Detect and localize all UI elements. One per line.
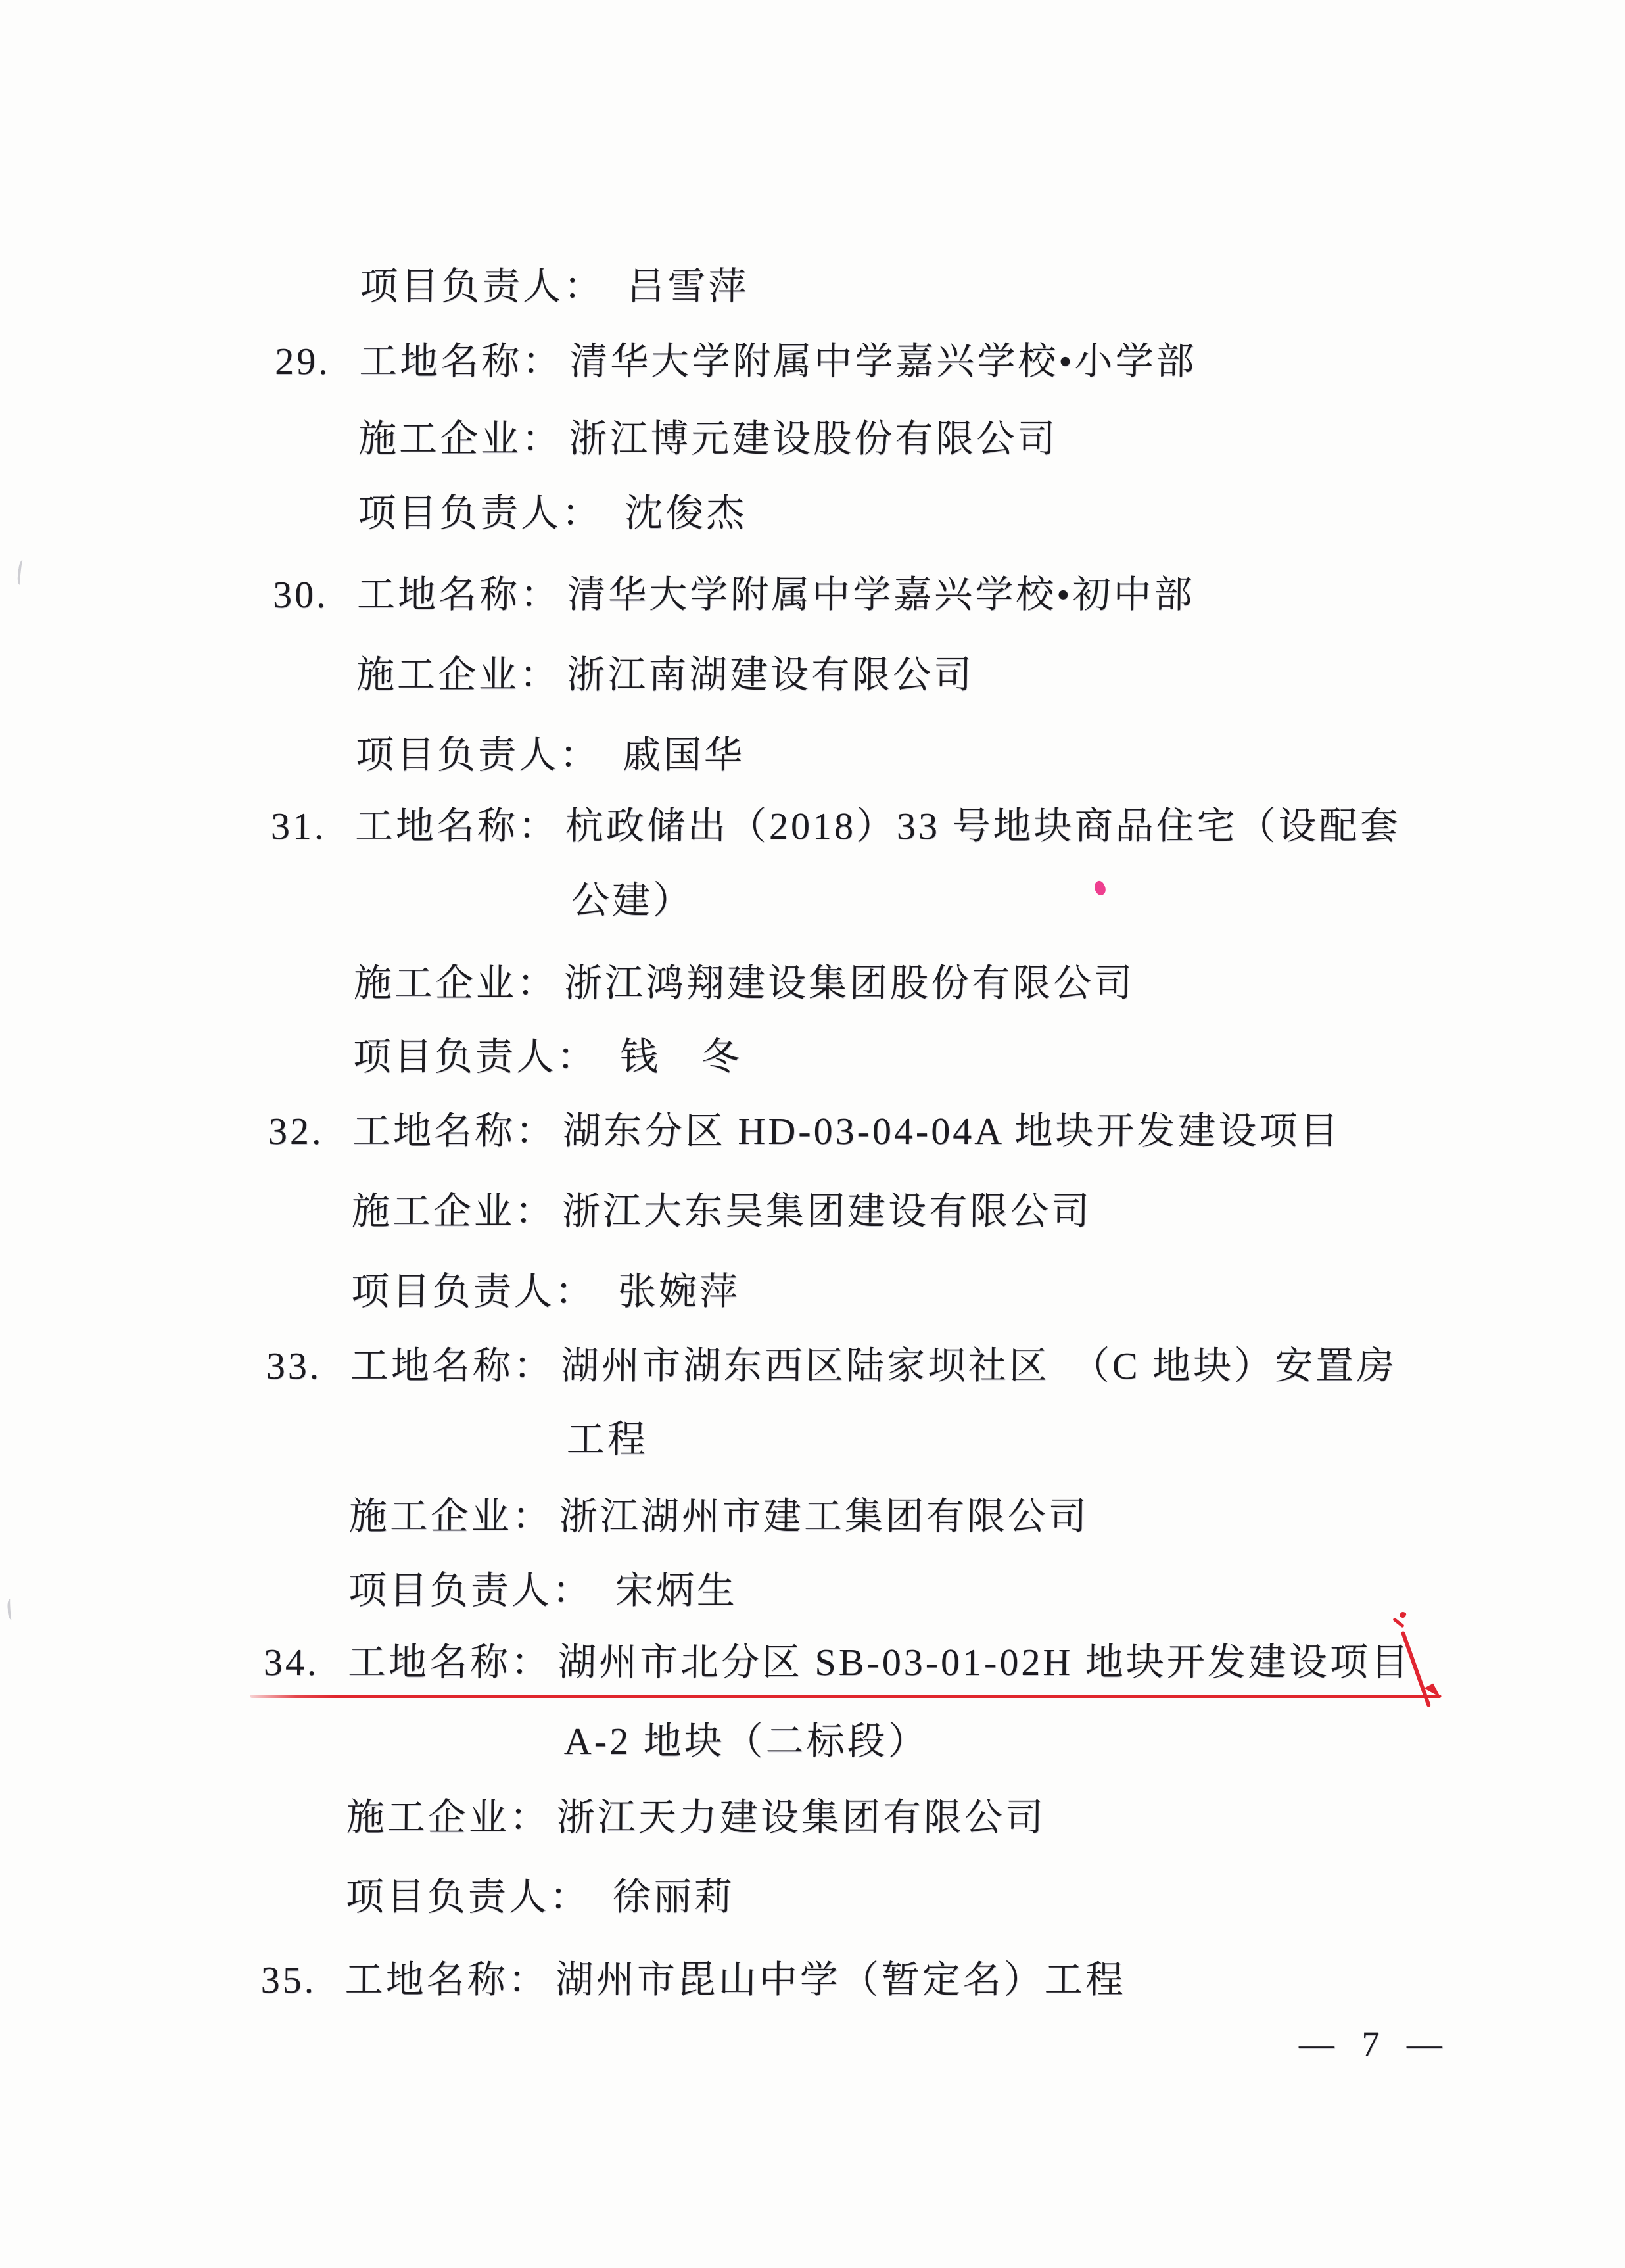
company-name: 浙江博元建设股份有限公司	[569, 417, 1058, 460]
site-label: 工地名称：	[355, 805, 559, 847]
manager-line: 项目负责人：钱 冬	[353, 1037, 743, 1077]
company-label: 施工企业：	[346, 1796, 551, 1839]
company-label: 施工企业：	[358, 417, 563, 460]
red-pen-tick-dot	[1399, 1611, 1407, 1619]
manager-label: 项目负责人：	[358, 492, 603, 534]
company-label: 施工企业：	[354, 962, 558, 1004]
manager-name: 宋炳生	[615, 1569, 738, 1612]
manager-label: 项目负责人：	[351, 1270, 596, 1313]
site-name-line: 工地名称：清华大学附属中学嘉兴学校•初中部	[357, 575, 1195, 615]
entry-number: 29.	[275, 341, 331, 382]
scan-artifact	[7, 1599, 16, 1620]
company-name: 浙江大东吴集团建设有限公司	[562, 1190, 1093, 1233]
site-name-line: 工地名称：杭政储出（2018）33 号地块商品住宅（设配套	[355, 806, 1401, 847]
manager-label: 项目负责人：	[356, 734, 601, 776]
manager-label: 项目负责人：	[353, 1035, 598, 1078]
company-line: 施工企业：浙江鸿翔建设集团股份有限公司	[354, 963, 1135, 1004]
site-name-wrap-line: 工程	[567, 1419, 649, 1460]
site-name: 湖东分区 HD-03-04-04A 地块开发建设项目	[563, 1110, 1341, 1152]
entry-number: 30.	[273, 575, 329, 615]
manager-label: 项目负责人：	[360, 265, 605, 308]
scanned-document-page: 项目负责人：吕雪萍 29. 工地名称：清华大学附属中学嘉兴学校•小学部 施工企业…	[0, 0, 1625, 2268]
entry-number: 35.	[260, 1960, 316, 2000]
site-name-line: 工地名称：湖州市湖东西区陆家坝社区 （C 地块）安置房	[350, 1346, 1398, 1386]
company-name: 浙江湖州市建工集团有限公司	[559, 1495, 1090, 1538]
site-name-wrap-line: A-2 地块（二标段）	[564, 1721, 929, 1762]
manager-line: 项目负责人：戚国华	[356, 735, 745, 776]
manager-name: 钱 冬	[620, 1035, 743, 1078]
site-label: 工地名称：	[344, 1958, 549, 2001]
company-label: 施工企业：	[356, 653, 561, 696]
site-name: 杭政储出（2018）33 号地块商品住宅（设配套	[565, 805, 1401, 847]
site-name-line: 工地名称：湖州市北分区 SB-03-01-02H 地块开发建设项目	[348, 1642, 1411, 1683]
company-name: 浙江南湖建设有限公司	[567, 653, 975, 696]
company-line: 施工企业：浙江大东吴集团建设有限公司	[352, 1191, 1093, 1232]
red-underline	[250, 1695, 1442, 1698]
site-label: 工地名称：	[357, 573, 561, 616]
site-name-wrap-line: 公建）	[571, 880, 694, 921]
site-name: 清华大学附属中学嘉兴学校•小学部	[569, 340, 1197, 383]
site-name-line: 工地名称：湖东分区 HD-03-04-04A 地块开发建设项目	[352, 1111, 1341, 1152]
scan-artifact	[16, 559, 27, 585]
company-line: 施工企业：浙江南湖建设有限公司	[356, 655, 975, 696]
red-pen-tick-hook	[1392, 1617, 1405, 1628]
site-name: 清华大学附属中学嘉兴学校•初中部	[567, 573, 1195, 616]
page-number: — 7 —	[1299, 2025, 1452, 2063]
manager-name: 徐丽莉	[613, 1876, 736, 1918]
site-name: 湖州市湖东西区陆家坝社区 （C 地块）安置房	[561, 1344, 1398, 1387]
company-name: 浙江鸿翔建设集团股份有限公司	[564, 962, 1135, 1004]
manager-line: 项目负责人：徐丽莉	[346, 1877, 736, 1918]
manager-label: 项目负责人：	[346, 1876, 591, 1918]
site-name: 湖州市毘山中学（暂定名）工程	[555, 1958, 1127, 2001]
site-label: 工地名称：	[348, 1641, 552, 1684]
company-line: 施工企业：浙江天力建设集团有限公司	[346, 1797, 1047, 1838]
manager-line: 项目负责人：张婉萍	[351, 1271, 741, 1312]
site-label: 工地名称：	[350, 1344, 555, 1387]
site-name-line: 工地名称：清华大学附属中学嘉兴学校•小学部	[359, 341, 1197, 382]
manager-line: 项目负责人：宋炳生	[348, 1571, 738, 1611]
site-label: 工地名称：	[359, 340, 563, 383]
manager-name: 戚国华	[623, 734, 745, 776]
document-content: 项目负责人：吕雪萍 29. 工地名称：清华大学附属中学嘉兴学校•小学部 施工企业…	[0, 0, 1625, 2268]
entry-number: 32.	[268, 1111, 324, 1152]
manager-name: 沈俊杰	[624, 492, 747, 534]
company-label: 施工企业：	[352, 1190, 556, 1233]
pink-ink-dot	[1092, 880, 1108, 897]
company-label: 施工企业：	[349, 1495, 553, 1538]
site-label: 工地名称：	[352, 1110, 557, 1152]
entry-number: 33.	[266, 1346, 322, 1386]
manager-line: 项目负责人：沈俊杰	[358, 493, 747, 534]
manager-name: 吕雪萍	[626, 265, 749, 308]
manager-name: 张婉萍	[618, 1270, 741, 1313]
manager-label: 项目负责人：	[348, 1569, 594, 1612]
manager-line: 项目负责人：吕雪萍	[360, 266, 749, 307]
entry-number: 34.	[264, 1642, 319, 1683]
company-line: 施工企业：浙江湖州市建工集团有限公司	[349, 1496, 1090, 1537]
site-name: 湖州市北分区 SB-03-01-02H 地块开发建设项目	[558, 1641, 1411, 1684]
company-name: 浙江天力建设集团有限公司	[557, 1796, 1047, 1839]
company-line: 施工企业：浙江博元建设股份有限公司	[358, 419, 1058, 460]
entry-number: 31.	[271, 806, 327, 847]
site-name-line: 工地名称：湖州市毘山中学（暂定名）工程	[344, 1960, 1126, 2000]
